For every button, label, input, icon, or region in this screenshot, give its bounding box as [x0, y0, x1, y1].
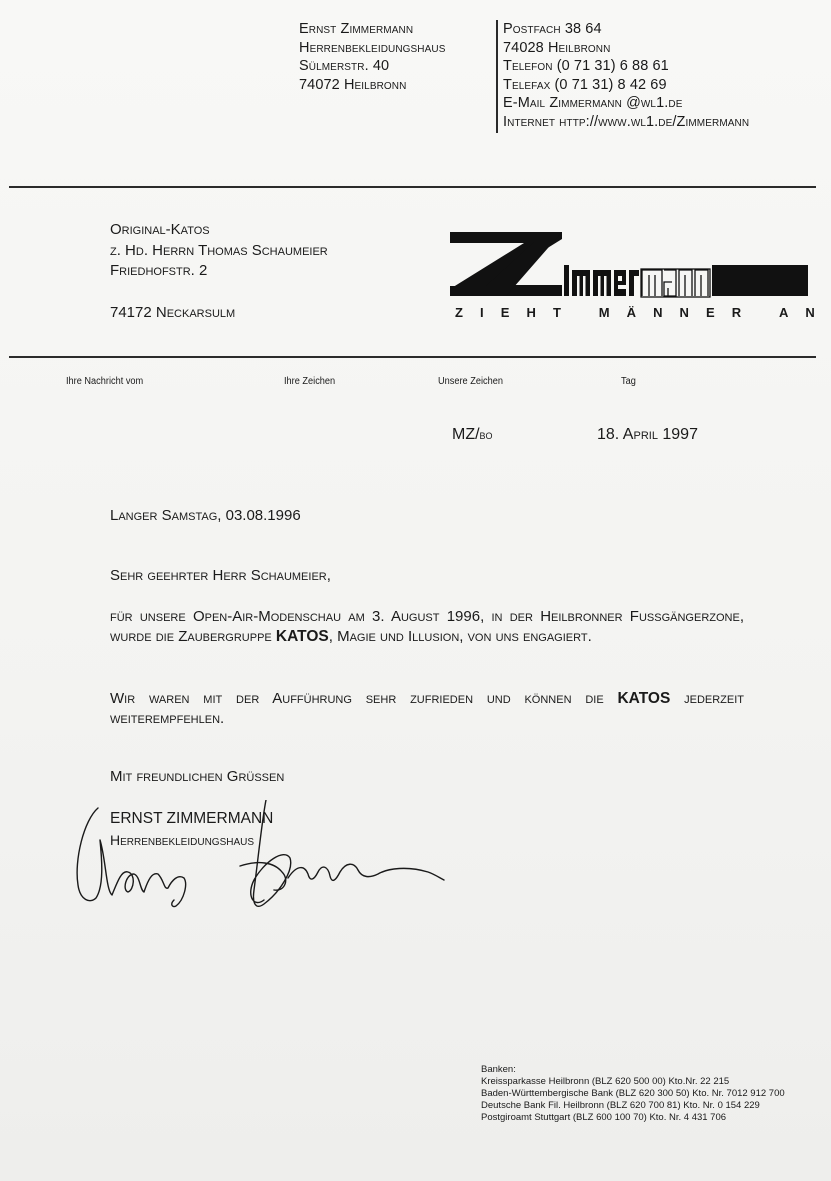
tagline-letter: A [779, 305, 788, 320]
reference-rule [9, 356, 816, 358]
body-paragraph-2: Wir waren mit der Aufführung sehr zufrie… [110, 689, 744, 728]
bank-line: Postgiroamt Stuttgart (BLZ 600 100 70) K… [481, 1112, 785, 1124]
tagline-letter: M [599, 305, 610, 320]
group-name: KATOS [617, 690, 670, 707]
tagline-letter: Z [455, 305, 463, 320]
sender-phone: Telefon (0 71 31) 6 88 61 [503, 57, 749, 76]
tagline-letter: E [706, 305, 715, 320]
tagline-letter: N [805, 305, 814, 320]
paragraph-text: , Magie und Illusion, von uns engagiert. [329, 628, 592, 645]
label-your-message-date: Ihre Nachricht vom [66, 376, 143, 387]
tagline-letter: N [680, 305, 689, 320]
tagline-letter: T [553, 305, 561, 320]
sender-company: Herrenbekleidungshaus [299, 39, 446, 58]
tagline-gap [758, 305, 762, 320]
label-your-reference: Ihre Zeichen [284, 376, 335, 387]
recipient-street: Friedhofstr. 2 [110, 261, 328, 282]
tagline-gap [578, 305, 582, 320]
letter-closing: Mit freundlichen Grüßen [110, 768, 284, 785]
tagline-letter: H [526, 305, 535, 320]
group-name: KATOS [276, 628, 329, 645]
logo-mann [641, 269, 710, 297]
sender-email: E-Mail Zimmermann @wl1.de [503, 94, 749, 113]
label-our-reference: Unsere Zeichen [438, 376, 503, 387]
paragraph-text: Wir waren mit der Aufführung sehr zufrie… [110, 690, 617, 707]
letter-subject: Langer Samstag, 03.08.1996 [110, 507, 301, 524]
sender-website: Internet http://www.wl1.de/Zimmermann [503, 113, 749, 132]
handwritten-signature [68, 800, 458, 915]
our-reference-value: MZ/bo [452, 426, 493, 444]
sender-postbox: Postfach 38 64 [503, 20, 749, 39]
logo-tagline: Z I E H T M Ä N N E R A N [455, 305, 815, 320]
recipient-company: Original-Katos [110, 220, 328, 241]
sender-address: Ernst Zimmermann Herrenbekleidungshaus S… [299, 20, 446, 94]
tagline-letter: Ä [627, 305, 636, 320]
bank-line: Baden-Württembergische Bank (BLZ 620 300… [481, 1088, 785, 1100]
body-paragraph-1: für unsere Open-Air-Modenschau am 3. Aug… [110, 607, 744, 646]
recipient-address: Original-Katos z. Hd. Herrn Thomas Schau… [110, 220, 328, 323]
letter-page: Ernst Zimmermann Herrenbekleidungshaus S… [0, 0, 831, 1181]
sender-fax: Telefax (0 71 31) 8 42 69 [503, 76, 749, 95]
tagline-letter: R [732, 305, 741, 320]
sender-postbox-city: 74028 Heilbronn [503, 39, 749, 58]
sender-city: 74072 Heilbronn [299, 76, 446, 95]
recipient-attention: z. Hd. Herrn Thomas Schaumeier [110, 241, 328, 262]
bank-details: Banken: Kreissparkasse Heilbronn (BLZ 62… [481, 1064, 785, 1124]
tagline-letter: E [501, 305, 510, 320]
letter-date: 18. April 1997 [597, 426, 698, 444]
tagline-letter: I [480, 305, 484, 320]
tagline-letter: N [653, 305, 662, 320]
logo-immer [564, 265, 639, 296]
letterhead-divider [496, 20, 498, 133]
letter-salutation: Sehr geehrter Herr Schaumeier, [110, 567, 331, 584]
header-rule [9, 186, 816, 188]
sender-name: Ernst Zimmermann [299, 20, 446, 39]
sender-street: Sülmerstr. 40 [299, 57, 446, 76]
recipient-city: 74172 Neckarsulm [110, 303, 328, 324]
bank-line: Kreissparkasse Heilbronn (BLZ 620 500 00… [481, 1076, 785, 1088]
bank-line: Deutsche Bank Fil. Heilbronn (BLZ 620 70… [481, 1100, 785, 1112]
banks-title: Banken: [481, 1064, 785, 1076]
label-date: Tag [621, 376, 636, 387]
sender-contact: Postfach 38 64 74028 Heilbronn Telefon (… [503, 20, 749, 131]
